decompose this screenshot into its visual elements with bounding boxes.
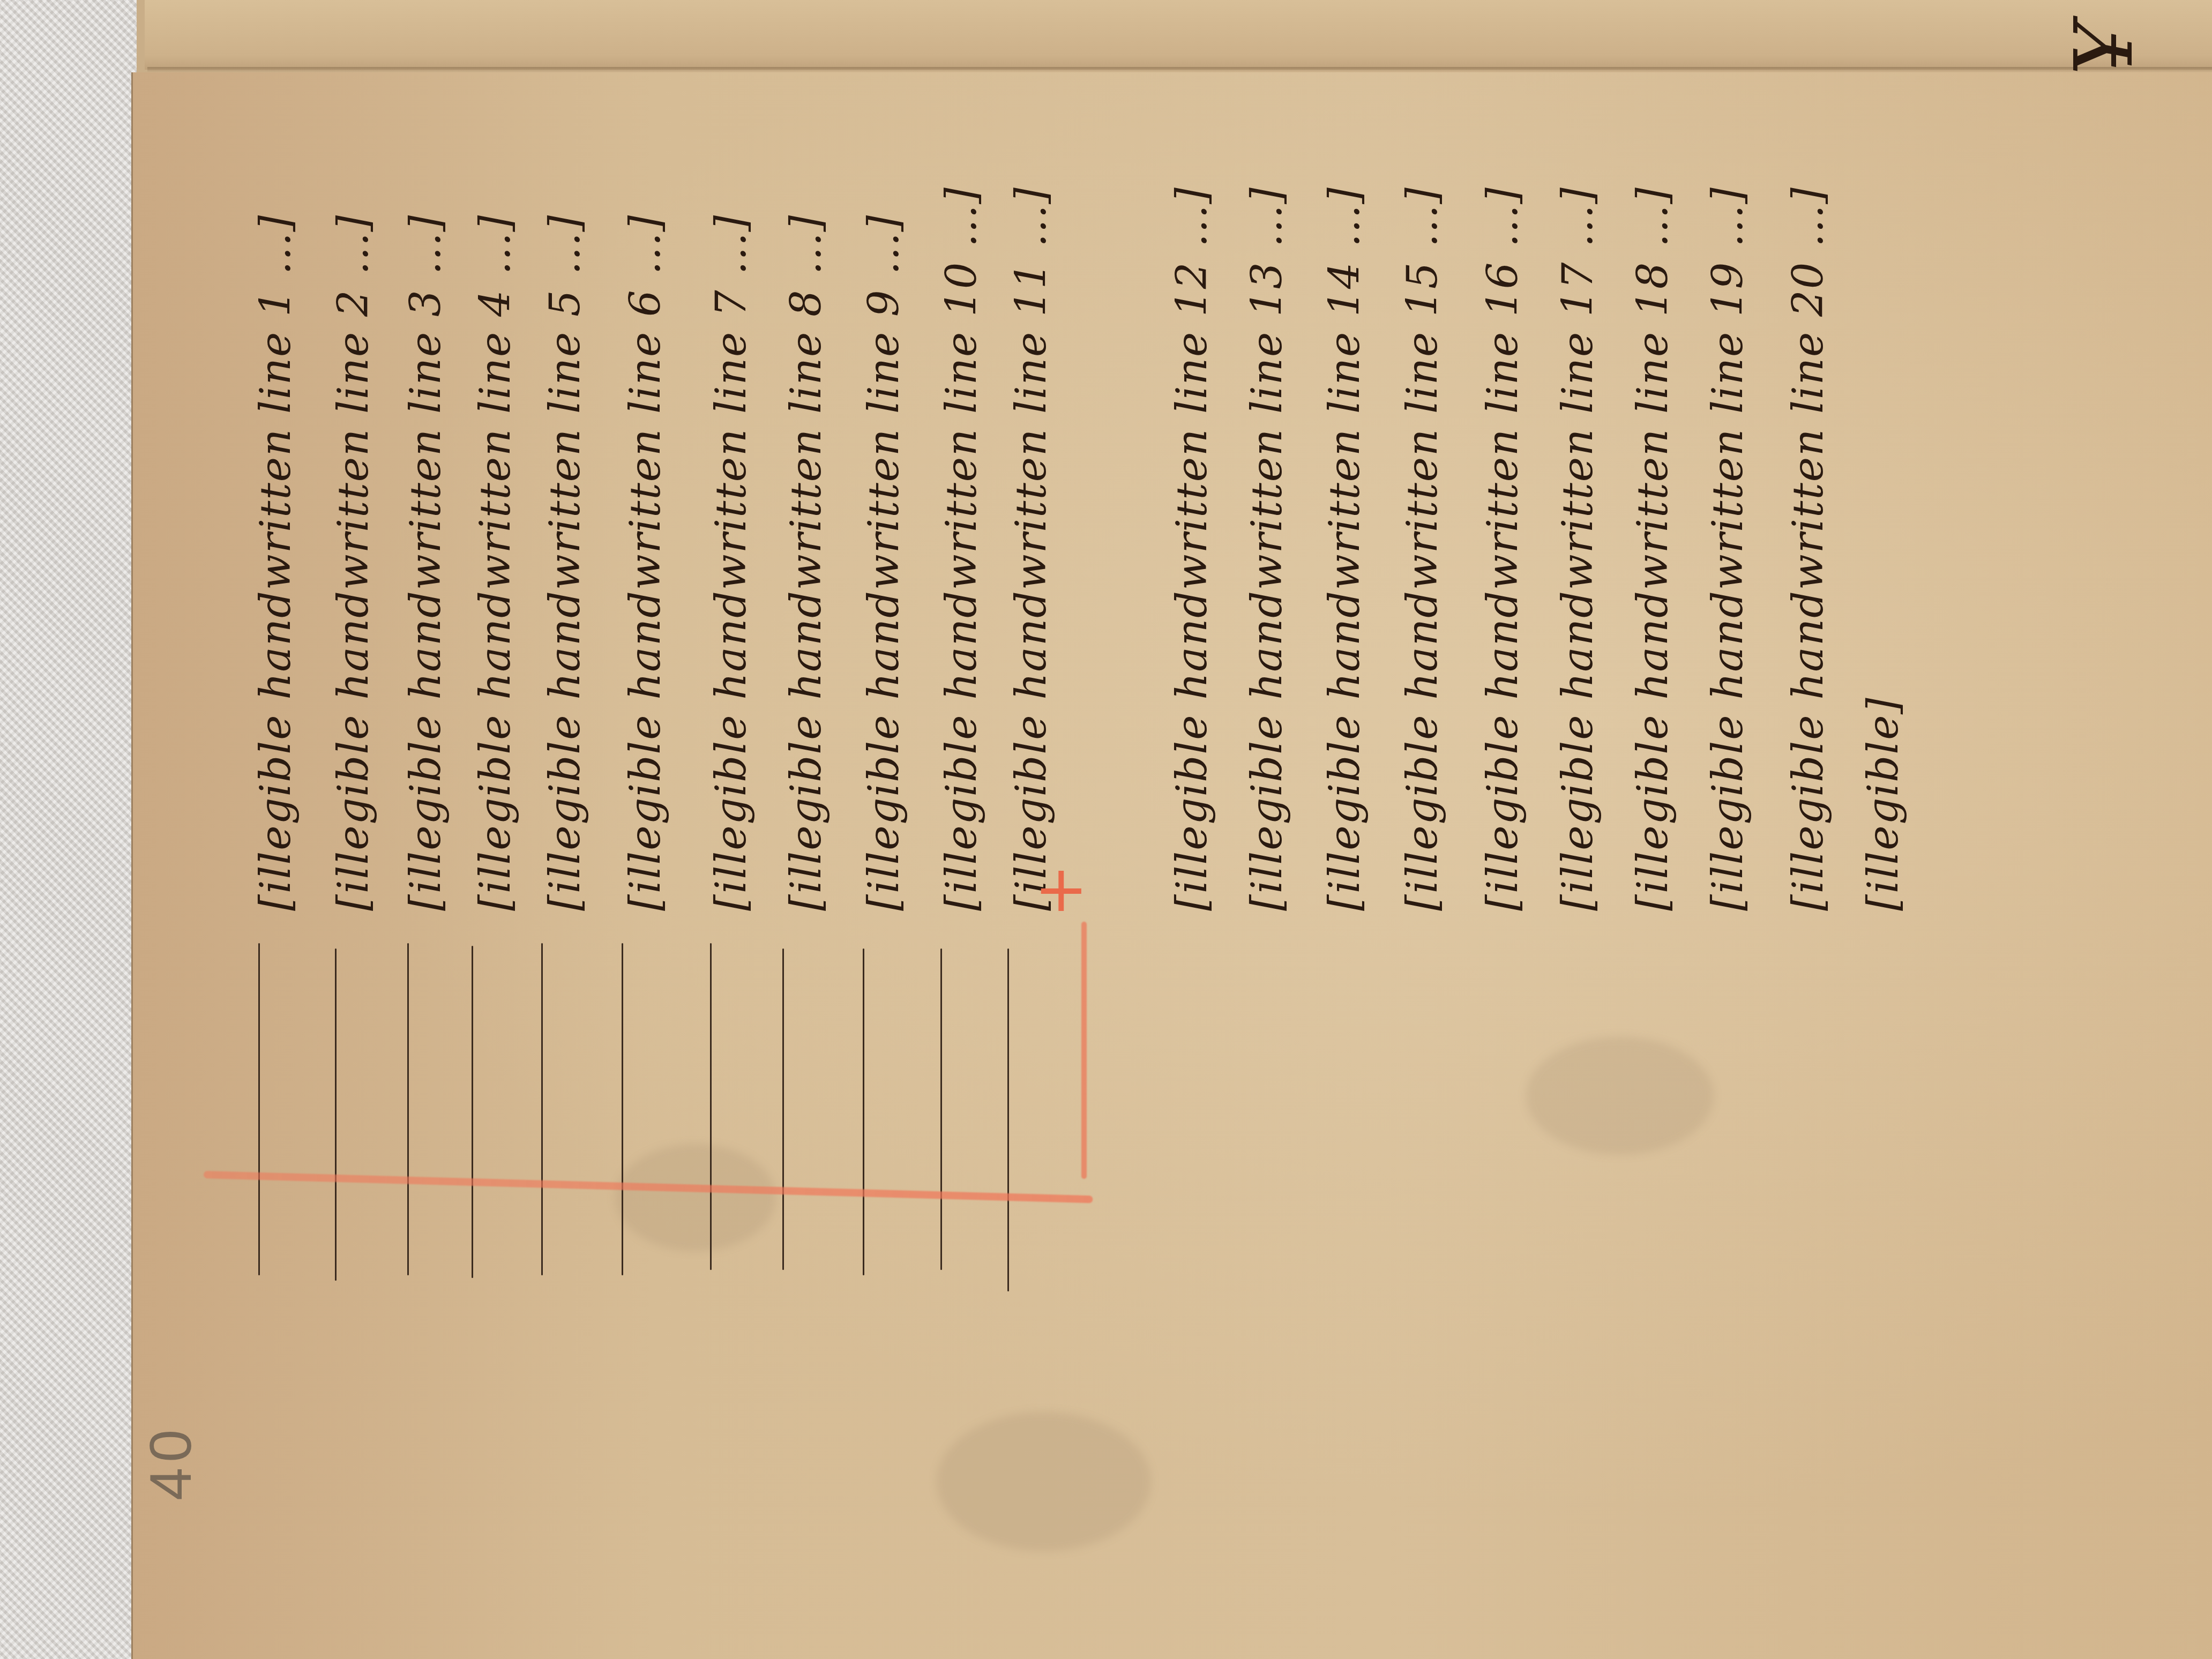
paper-stain: [937, 1412, 1151, 1551]
ruled-line: [541, 943, 543, 1275]
handwritten-line: [illegible handwritten line 8 ...]: [782, 214, 831, 911]
ruled-line: [472, 946, 473, 1278]
handwritten-line: [illegible handwritten line 7 ...]: [707, 214, 756, 911]
handwritten-line: [illegible handwritten line 9 ...]: [860, 214, 908, 911]
handwritten-line: [illegible handwritten line 14 ...]: [1321, 186, 1369, 911]
handwritten-line: [illegible handwritten line 4 ...]: [472, 214, 520, 911]
handwritten-line: [illegible handwritten line 13 ...]: [1243, 186, 1291, 911]
handwritten-line: [illegible handwritten line 17 ...]: [1554, 186, 1602, 911]
handwritten-line: [illegible handwritten line 18 ...]: [1629, 186, 1677, 911]
paper-stain: [1526, 1037, 1714, 1155]
ruled-line: [940, 948, 942, 1270]
handwritten-line: [illegible handwritten line 5 ...]: [541, 214, 589, 911]
ruled-line: [782, 948, 784, 1270]
handwritten-line: [illegible handwritten line 15 ...]: [1399, 186, 1447, 911]
ruled-line: [1007, 948, 1009, 1291]
handwritten-line: [illegible handwritten line 6 ...]: [622, 214, 670, 911]
fold-shadow: [147, 67, 2212, 72]
handwritten-line: [illegible handwritten line 11 ...]: [1007, 186, 1056, 911]
ruled-line: [622, 943, 623, 1275]
ruled-line: [335, 948, 337, 1281]
closing-word: [illegible]: [1859, 697, 1908, 911]
ruled-line: [407, 943, 409, 1275]
ruled-line: [863, 948, 864, 1275]
handwritten-line: [illegible handwritten line 12 ...]: [1168, 186, 1216, 911]
handwritten-line: [illegible handwritten line 16 ...]: [1479, 186, 1527, 911]
signature: Ұ: [2058, 22, 2151, 75]
page-number: 40: [137, 1424, 205, 1500]
handwritten-line: [illegible handwritten line 19 ...]: [1704, 186, 1752, 911]
ruled-line: [258, 943, 260, 1275]
handwritten-line: [illegible handwritten line 2 ...]: [330, 214, 378, 911]
handwritten-line: [illegible handwritten line 10 ...]: [938, 186, 986, 911]
handwritten-line: [illegible handwritten line 1 ...]: [252, 214, 300, 911]
red-crayon-bracket: [1081, 922, 1087, 1179]
folded-page-edge: [145, 0, 2212, 70]
red-cross-mark-icon: +: [1034, 857, 1088, 922]
handwritten-line: [illegible handwritten line 3 ...]: [402, 214, 450, 911]
paper-stain: [615, 1144, 776, 1251]
handwritten-line: [illegible handwritten line 20 ...]: [1784, 186, 1833, 911]
ruled-line: [710, 943, 712, 1270]
